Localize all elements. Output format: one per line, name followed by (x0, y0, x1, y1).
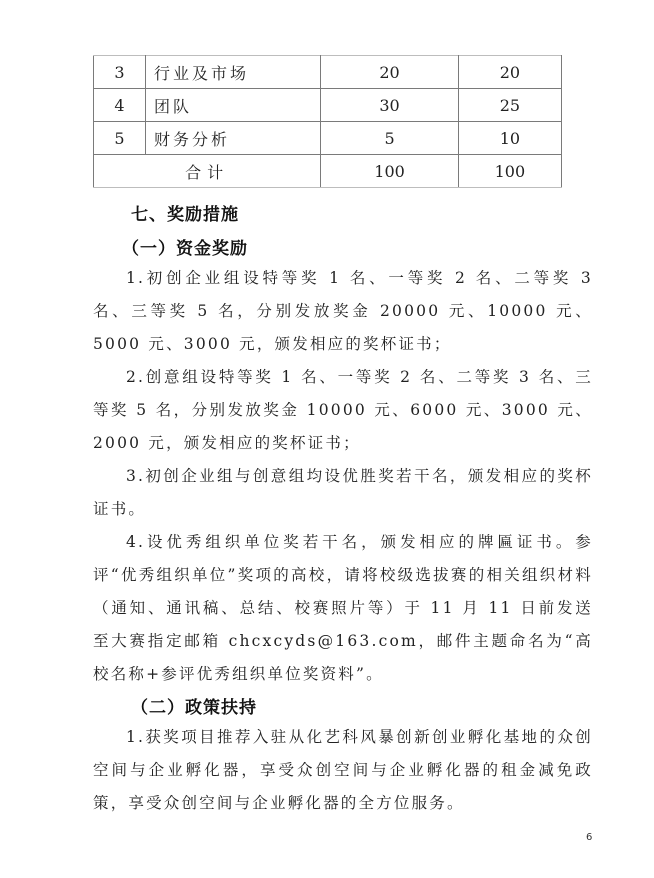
row-value-1: 20 (321, 56, 458, 89)
row-value-1: 5 (321, 122, 458, 155)
document-page: 3 行业及市场 20 20 4 团队 30 25 5 财务分析 5 10 合计 … (0, 0, 654, 878)
paragraph-organizer-awards: 4.设优秀组织单位奖若干名，颁发相应的牌匾证书。参评“优秀组织单位”奖项的高校，… (93, 526, 593, 691)
row-number: 3 (94, 56, 146, 89)
total-value-2: 100 (458, 155, 561, 188)
total-label: 合计 (94, 155, 321, 188)
row-value-2: 20 (458, 56, 561, 89)
table-row: 4 团队 30 25 (94, 89, 562, 122)
page-number: 6 (586, 832, 592, 843)
row-item: 行业及市场 (145, 56, 320, 89)
row-value-2: 25 (458, 89, 561, 122)
paragraph-incubator-support: 1.获奖项目推荐入驻从化艺科风暴创新创业孵化基地的众创空间与企业孵化器，享受众创… (93, 721, 593, 820)
subsection-heading-policy: （二）政策扶持 (131, 693, 257, 718)
table-row: 5 财务分析 5 10 (94, 122, 562, 155)
subsection-heading-funding: （一）资金奖励 (122, 234, 248, 259)
section-heading: 七、奖励措施 (131, 200, 239, 225)
row-value-2: 10 (458, 122, 561, 155)
paragraph-merit-awards: 3.初创企业组与创意组均设优胜奖若干名，颁发相应的奖杯证书。 (93, 460, 593, 526)
table-total-row: 合计 100 100 (94, 155, 562, 188)
paragraph-startup-awards: 1.初创企业组设特等奖 1 名、一等奖 2 名、二等奖 3 名、三等奖 5 名，… (93, 262, 593, 361)
table-row: 3 行业及市场 20 20 (94, 56, 562, 89)
row-value-1: 30 (321, 89, 458, 122)
row-item: 财务分析 (145, 122, 320, 155)
row-number: 4 (94, 89, 146, 122)
row-number: 5 (94, 122, 146, 155)
scoring-table: 3 行业及市场 20 20 4 团队 30 25 5 财务分析 5 10 合计 … (93, 55, 562, 188)
total-value-1: 100 (321, 155, 458, 188)
row-item: 团队 (145, 89, 320, 122)
paragraph-idea-awards: 2.创意组设特等奖 1 名、一等奖 2 名、二等奖 3 名、三等奖 5 名，分别… (93, 361, 593, 460)
